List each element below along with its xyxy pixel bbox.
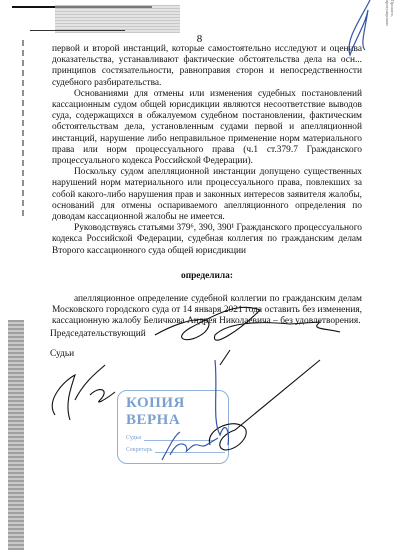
paragraph: Поскольку судом апелляционной инстанции … <box>52 167 362 223</box>
stamp-judge-label: Судья <box>126 435 141 441</box>
ruling-heading: определила: <box>52 271 362 282</box>
paragraph: Руководствуясь статьями 379⁶, 390, 390¹ … <box>52 223 362 257</box>
scan-edge-strip <box>8 320 24 550</box>
judges-label: Судьи <box>50 349 74 359</box>
judge-signature-1 <box>45 360 125 430</box>
paragraph: первой и второй инстанций, которые самос… <box>52 44 362 89</box>
binding-edge <box>22 40 24 220</box>
secretary-signature <box>160 430 220 465</box>
presiding-label: Председательствующий <box>50 329 146 339</box>
document-page: Прошито, пронумеровано 8 первой и второй… <box>0 0 399 550</box>
document-body: первой и второй инстанций, которые самос… <box>52 44 362 328</box>
paragraph: Основаниями для отмены или изменения суд… <box>52 89 362 167</box>
scan-artifact-line <box>30 30 125 31</box>
margin-signature <box>340 0 380 60</box>
presiding-signature <box>150 310 350 350</box>
stamp-secretary-label: Секретарь <box>126 447 152 453</box>
scan-artifact-shading <box>55 5 180 33</box>
